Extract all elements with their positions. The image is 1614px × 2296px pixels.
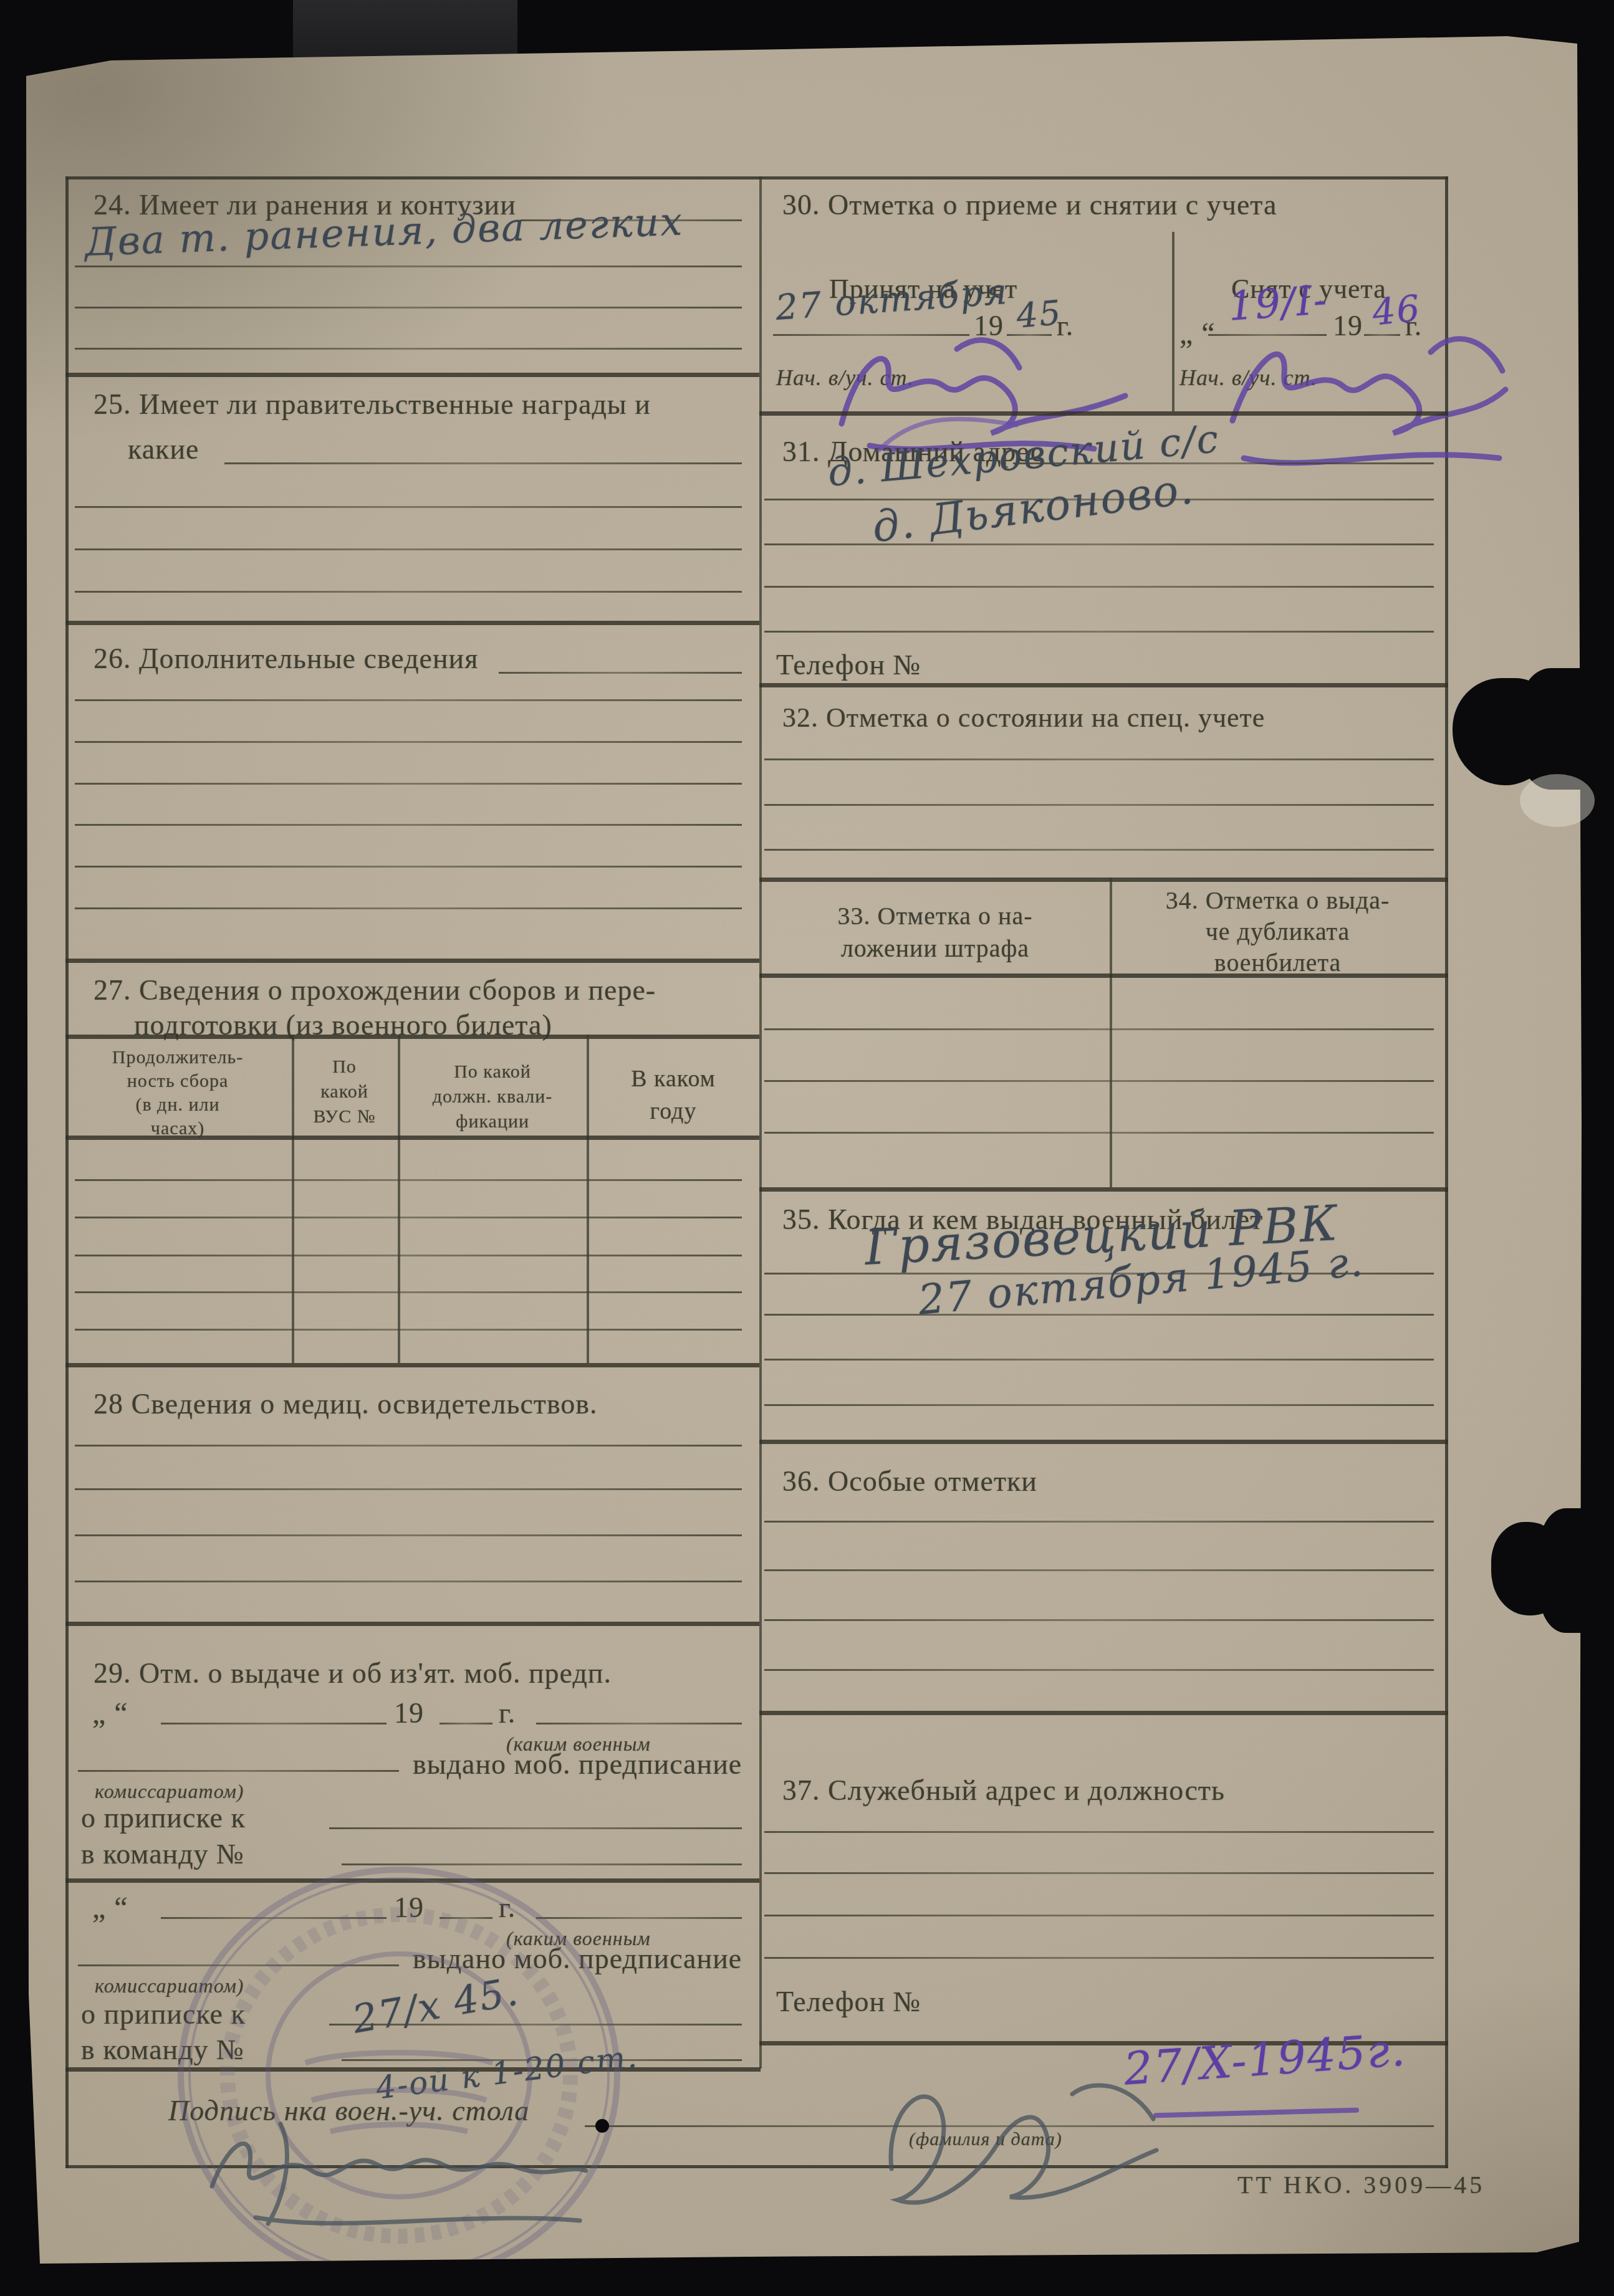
rule xyxy=(75,548,742,550)
section-separator xyxy=(65,1363,759,1367)
caption-commissariat: комиссариатом) xyxy=(95,1780,244,1803)
section-separator xyxy=(759,1440,1448,1444)
section-36-title: 36. Особые отметки xyxy=(782,1465,1037,1498)
rule xyxy=(764,1569,1434,1571)
section-30-divider xyxy=(1172,232,1174,411)
rule xyxy=(75,591,742,593)
phone-label: Телефон № xyxy=(776,648,921,681)
rule xyxy=(75,824,742,826)
section-32-title: 32. Отметка о состоянии на спец. учете xyxy=(782,702,1265,734)
table-header-border xyxy=(65,1136,759,1140)
section-separator xyxy=(759,1187,1448,1192)
rule xyxy=(764,1915,1434,1916)
rule xyxy=(764,1132,1434,1134)
section-separator xyxy=(759,683,1448,687)
rule xyxy=(499,672,742,674)
rule xyxy=(764,804,1434,806)
rule xyxy=(75,783,742,785)
purple-signature xyxy=(1225,315,1512,477)
table-row-line xyxy=(75,1217,742,1218)
section-separator xyxy=(759,411,1448,416)
rule xyxy=(224,462,742,464)
rule xyxy=(764,1831,1434,1833)
rule xyxy=(764,1314,1434,1316)
table-row-line xyxy=(75,1179,742,1181)
section-separator xyxy=(65,373,759,377)
rule xyxy=(764,1521,1434,1523)
pencil-signature-clerk xyxy=(206,2112,592,2236)
phone-label: Телефон № xyxy=(776,1985,921,2018)
issued-label: выдано моб. предписание xyxy=(413,1748,742,1781)
rule xyxy=(764,1619,1434,1621)
rule xyxy=(75,741,742,743)
rule xyxy=(440,1723,492,1724)
rule xyxy=(764,1669,1434,1671)
rule xyxy=(78,1770,399,1772)
section-separator xyxy=(759,1711,1448,1715)
hole-punch-top-bleed xyxy=(1521,668,1614,790)
rule xyxy=(764,543,1434,545)
header-border xyxy=(759,973,1448,978)
rule xyxy=(75,265,742,267)
rule xyxy=(764,631,1434,633)
rule xyxy=(764,849,1434,851)
hole-punch-bottom-bleed xyxy=(1540,1508,1614,1633)
table-header-year: В каком году xyxy=(589,1063,757,1127)
rule xyxy=(75,1581,742,1582)
rule xyxy=(75,348,742,350)
rule xyxy=(75,1488,742,1490)
rule xyxy=(536,1723,742,1724)
rule xyxy=(329,1827,742,1829)
section-33-title: 33. Отметка о на- ложении штрафа xyxy=(767,900,1103,965)
rule xyxy=(75,506,742,508)
rule xyxy=(764,1028,1434,1030)
rule xyxy=(764,586,1434,588)
table-header-duration: Продолжитель- ность сбора (в дн. или час… xyxy=(69,1046,287,1141)
paper-sheet: 24. Имеет ли ранения и контузии Два т. р… xyxy=(0,0,1614,2296)
year-19: 19 xyxy=(394,1696,424,1729)
table-header-vus: По какой ВУС № xyxy=(293,1055,396,1129)
table-row-line xyxy=(75,1255,742,1256)
table-header-qualification: По какой должн. квали- фикации xyxy=(400,1060,585,1134)
rule xyxy=(75,307,742,309)
section-33-34-divider xyxy=(1110,878,1112,1187)
rule xyxy=(75,1445,742,1447)
frame-top xyxy=(65,176,1448,179)
rule xyxy=(764,1957,1434,1959)
section-separator xyxy=(65,959,759,963)
section-28-title: 28 Сведения о медиц. освидетельствов. xyxy=(94,1387,598,1420)
rule xyxy=(75,907,742,909)
year-suffix: г. xyxy=(499,1696,516,1729)
print-code: ТТ НКО. 3909—45 xyxy=(1237,2170,1485,2199)
section-separator xyxy=(759,878,1448,882)
section-separator xyxy=(65,621,759,625)
table-top-border xyxy=(65,1035,759,1039)
rule xyxy=(764,1080,1434,1082)
section-29-title: 29. Отм. о выдаче и об из'ят. моб. предп… xyxy=(94,1657,612,1690)
quote-mark: „ “ xyxy=(92,1891,128,1925)
section-25-title-2: какие xyxy=(128,433,199,466)
rule xyxy=(764,758,1434,760)
section-30-title: 30. Отметка о приеме и снятии с учета xyxy=(782,188,1277,221)
section-27-title: 27. Сведения о прохождении сборов и пере… xyxy=(94,973,656,1007)
rule xyxy=(764,1872,1434,1874)
table-row-line xyxy=(75,1291,742,1293)
white-smear xyxy=(1520,774,1595,827)
frame-left xyxy=(65,176,69,2168)
pencil-signature-family xyxy=(873,2069,1166,2225)
table-row-line xyxy=(75,1329,742,1331)
rule xyxy=(161,1723,387,1724)
section-37-title: 37. Служебный адрес и должность xyxy=(782,1774,1225,1807)
column-divider xyxy=(759,176,762,2069)
rule xyxy=(75,699,742,701)
rule xyxy=(764,1359,1434,1361)
quote-mark: „ “ xyxy=(92,1696,128,1731)
rule xyxy=(75,1534,742,1536)
section-26-title: 26. Дополнительные сведения xyxy=(94,642,478,675)
rule xyxy=(764,1404,1434,1406)
section-25-title: 25. Имеет ли правительственные награды и xyxy=(94,388,651,421)
ink-dot xyxy=(595,2119,609,2133)
section-34-title: 34. Отметка о выда- че дубликата военбил… xyxy=(1117,885,1438,978)
rule xyxy=(75,866,742,868)
scanned-military-registration-card: 24. Имеет ли ранения и контузии Два т. р… xyxy=(0,0,1614,2296)
section-separator xyxy=(65,1622,759,1626)
purple-underline xyxy=(1153,2108,1359,2118)
attach-label: о приписке к xyxy=(81,1801,246,1834)
